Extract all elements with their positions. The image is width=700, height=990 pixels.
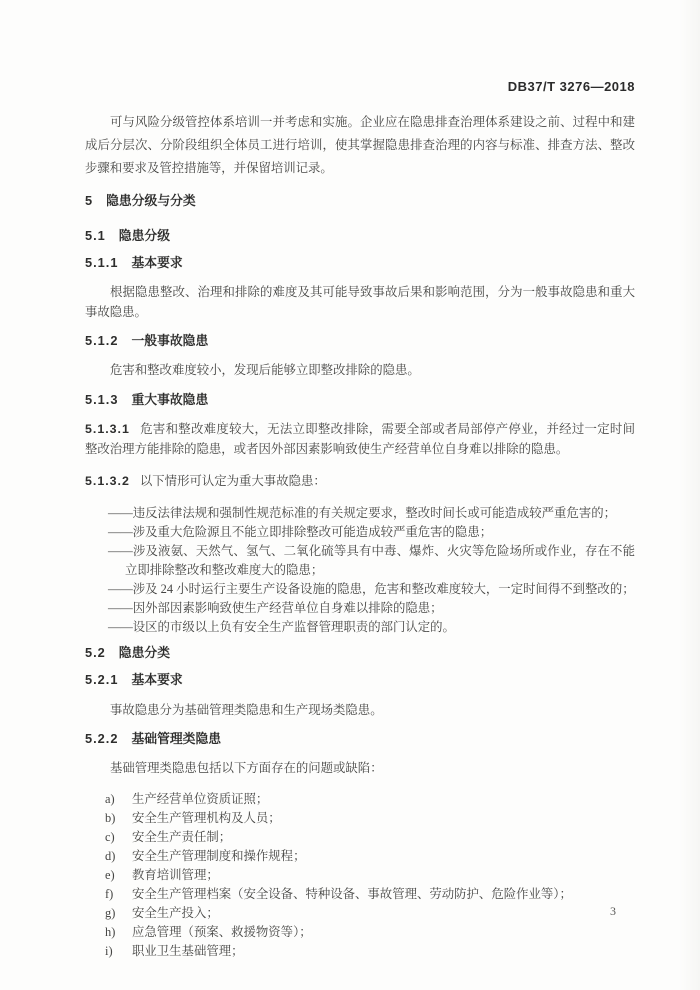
clause-title: 基础管理类隐患 <box>131 731 221 746</box>
item-letter: h) <box>105 923 132 942</box>
section-heading-5-2-1: 5.2.1基本要求 <box>85 673 635 687</box>
clause-title: 隐患分级与分类 <box>106 193 196 208</box>
clause-text: 危害和整改难度较大，无法立即整改排除，需要全部或者局部停产停业，并经过一定时间整… <box>85 422 635 456</box>
clause-number: 5.1.1 <box>85 255 118 270</box>
lettered-list-item: e)教育培训管理； <box>85 866 635 885</box>
item-letter: d) <box>105 847 132 866</box>
clause-title: 隐患分类 <box>119 645 170 660</box>
clause-title: 隐患分级 <box>119 228 170 243</box>
section-heading-5-1-1: 5.1.1基本要求 <box>85 256 635 270</box>
dash-list-item: ——涉及 24 小时运行主要生产设备设施的隐患，危害和整改难度较大，一定时间得不… <box>85 580 635 599</box>
lettered-list-item: a)生产经营单位资质证照； <box>85 790 635 809</box>
item-letter: i) <box>105 942 132 961</box>
clause-title: 一般事故隐患 <box>131 333 208 348</box>
lettered-list-item: i)职业卫生基础管理； <box>85 942 635 961</box>
clause-title: 基本要求 <box>131 255 182 270</box>
dash-list-item: ——违反法律法规和强制性规范标准的有关规定要求，整改时间长或可能造成较严重危害的… <box>85 504 635 523</box>
item-letter: g) <box>105 904 132 923</box>
item-letter: b) <box>105 809 132 828</box>
lettered-list-item: g)安全生产投入； <box>85 904 635 923</box>
clause-text: 以下情形可认定为重大事故隐患： <box>140 474 326 488</box>
clause-number: 5.1 <box>85 228 106 243</box>
page-number: 3 <box>610 904 616 919</box>
clause-number: 5 <box>85 193 93 208</box>
paragraph-5-1-3-2: 5.1.3.2以下情形可认定为重大事故隐患： <box>85 471 635 491</box>
item-text: 职业卫生基础管理； <box>132 942 635 961</box>
clause-number: 5.1.2 <box>85 333 118 348</box>
section-heading-5-2: 5.2隐患分类 <box>85 646 635 660</box>
item-letter: c) <box>105 828 132 847</box>
clause-title: 基本要求 <box>131 672 182 687</box>
item-letter: e) <box>105 866 132 885</box>
standard-number-header: DB37/T 3276—2018 <box>85 80 635 94</box>
item-text: 教育培训管理； <box>132 866 635 885</box>
paragraph-5-2-2-intro: 基础管理类隐患包括以下方面存在的问题或缺陷： <box>85 758 635 778</box>
item-text: 安全生产管理机构及人员； <box>132 809 635 828</box>
section-heading-5: 5隐患分级与分类 <box>85 194 635 208</box>
lettered-list-item: d)安全生产管理制度和操作规程； <box>85 847 635 866</box>
document-page: DB37/T 3276—2018 可与风险分级管控体系培训一并考虑和实施。企业应… <box>0 0 700 990</box>
clause-title: 重大事故隐患 <box>131 392 208 407</box>
section-heading-5-1-3: 5.1.3重大事故隐患 <box>85 393 635 407</box>
item-text: 生产经营单位资质证照； <box>132 790 635 809</box>
item-text: 应急管理（预案、救援物资等）； <box>132 923 635 942</box>
clause-number: 5.1.3.1 <box>85 422 130 436</box>
dash-list-item: ——因外部因素影响致使生产经营单位自身难以排除的隐患； <box>85 599 635 618</box>
page-content: DB37/T 3276—2018 可与风险分级管控体系培训一并考虑和实施。企业应… <box>85 80 635 961</box>
lettered-list-item: b)安全生产管理机构及人员； <box>85 809 635 828</box>
item-text: 安全生产责任制； <box>132 828 635 847</box>
clause-number: 5.2.1 <box>85 672 118 687</box>
clause-number: 5.1.3.2 <box>85 474 130 488</box>
major-hazard-dash-list: ——违反法律法规和强制性规范标准的有关规定要求，整改时间长或可能造成较严重危害的… <box>85 504 635 637</box>
section-heading-5-2-2: 5.2.2基础管理类隐患 <box>85 732 635 746</box>
clause-number: 5.2.2 <box>85 731 118 746</box>
dash-list-item: ——涉及液氨、天然气、氢气、二氧化硫等具有中毒、爆炸、火灾等危险场所或作业，存在… <box>85 542 635 580</box>
lettered-list-item: f)安全生产管理档案（安全设备、特种设备、事故管理、劳动防护、危险作业等）； <box>85 885 635 904</box>
lettered-list-item: c)安全生产责任制； <box>85 828 635 847</box>
lettered-list-item: h)应急管理（预案、救援物资等）； <box>85 923 635 942</box>
item-text: 安全生产管理档案（安全设备、特种设备、事故管理、劳动防护、危险作业等）； <box>132 885 635 904</box>
section-heading-5-1: 5.1隐患分级 <box>85 229 635 243</box>
clause-number: 5.2 <box>85 645 106 660</box>
paragraph-5-1-3-1: 5.1.3.1危害和整改难度较大，无法立即整改排除，需要全部或者局部停产停业，并… <box>85 419 635 459</box>
intro-paragraph: 可与风险分级管控体系培训一并考虑和实施。企业应在隐患排查治理体系建设之前、过程中… <box>85 111 635 180</box>
item-letter: a) <box>105 790 132 809</box>
paragraph-5-1-2: 危害和整改难度较小，发现后能够立即整改排除的隐患。 <box>85 360 635 380</box>
paragraph-5-1-1: 根据隐患整改、治理和排除的难度及其可能导致事故后果和影响范围，分为一般事故隐患和… <box>85 282 635 322</box>
clause-number: 5.1.3 <box>85 392 118 407</box>
item-text: 安全生产投入； <box>132 904 635 923</box>
item-text: 安全生产管理制度和操作规程； <box>132 847 635 866</box>
item-letter: f) <box>105 885 132 904</box>
basic-management-items-list: a)生产经营单位资质证照； b)安全生产管理机构及人员； c)安全生产责任制； … <box>85 790 635 961</box>
paragraph-5-2-1: 事故隐患分为基础管理类隐患和生产现场类隐患。 <box>85 700 635 720</box>
dash-list-item: ——涉及重大危险源且不能立即排除整改可能造成较严重危害的隐患； <box>85 523 635 542</box>
section-heading-5-1-2: 5.1.2一般事故隐患 <box>85 334 635 348</box>
dash-list-item: ——设区的市级以上负有安全生产监督管理职责的部门认定的。 <box>85 618 635 637</box>
